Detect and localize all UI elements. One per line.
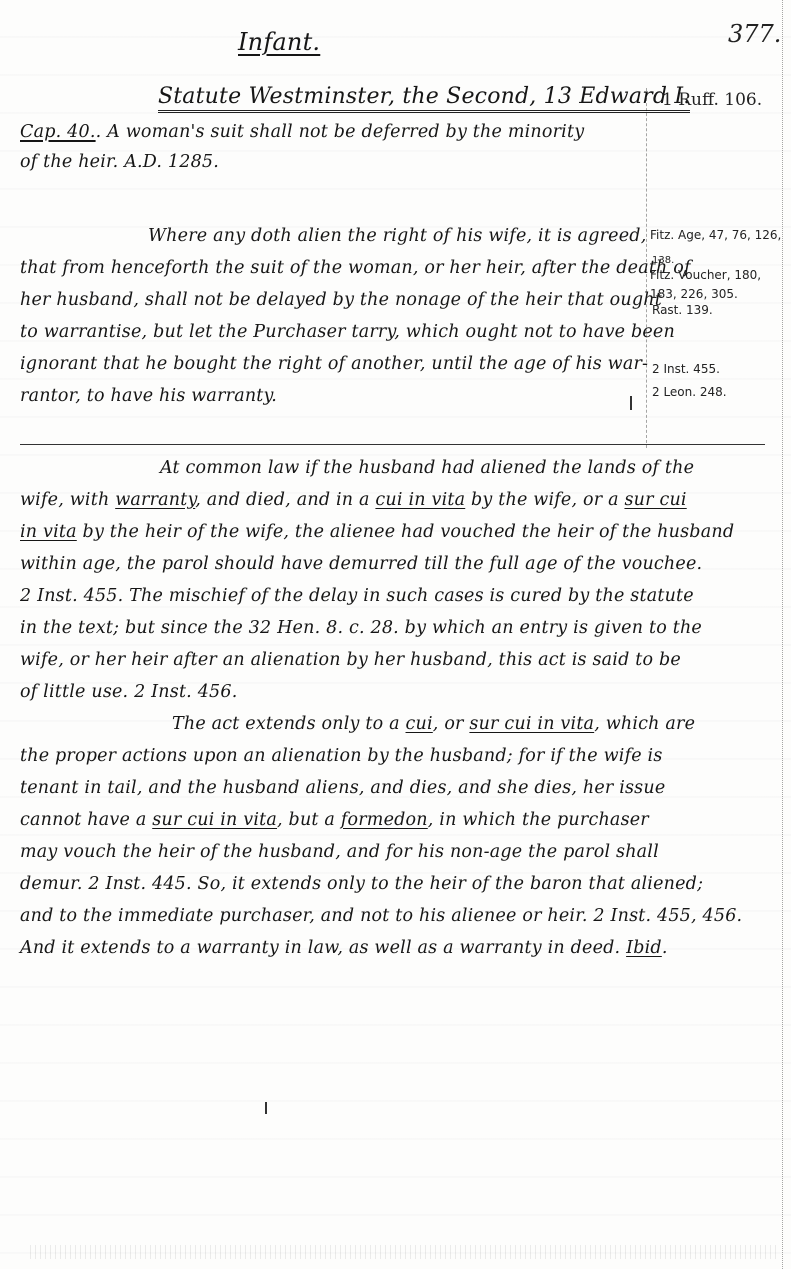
text-run: cannot have a (20, 810, 152, 830)
manuscript-page: Infant. 377. Statute Westminster, the Se… (0, 0, 791, 1269)
text-run: , in which the purchaser (428, 810, 649, 830)
scan-noise (30, 1245, 780, 1259)
commentary-line: within age, the parol should have demurr… (20, 554, 702, 574)
commentary-line: 2 Inst. 455. The mischief of the delay i… (20, 586, 694, 606)
summary-text: . A woman's suit shall not be deferred b… (96, 122, 585, 142)
page-number: 377. (728, 20, 781, 48)
statute-text-line: Where any doth alien the right of his wi… (148, 226, 646, 246)
margin-ref-ruff: 1 Ruff. 106. (662, 90, 762, 110)
text-run: , but a (277, 810, 341, 830)
underlined-term: formedon (341, 810, 428, 830)
commentary-line: At common law if the husband had aliened… (160, 458, 694, 478)
statute-text-line: ignorant that he bought the right of ano… (20, 354, 648, 374)
commentary-line: in vita by the heir of the wife, the ali… (20, 522, 734, 542)
commentary-line: cannot have a sur cui in vita, but a for… (20, 810, 649, 830)
text-run: . (662, 938, 668, 958)
underlined-term: Ibid (626, 938, 662, 958)
margin-citation: Fitz. Age, 47, 76, 126, (650, 228, 781, 242)
text-run: And it extends to a warranty in law, as … (20, 938, 626, 958)
commentary-line: of little use. 2 Inst. 456. (20, 682, 237, 702)
statute-text-line: rantor, to have his warranty. (20, 386, 277, 406)
text-run: wife, with (20, 490, 115, 510)
page-edge-rule (782, 0, 784, 1269)
underlined-term: sur cui in vita (152, 810, 277, 830)
statute-text-line: her husband, shall not be delayed by the… (20, 290, 662, 310)
section-divider (20, 444, 765, 445)
margin-citation: Rast. 139. (652, 303, 713, 317)
commentary-line: wife, with warranty, and died, and in a … (20, 490, 687, 510)
text-run: , which are (594, 714, 695, 734)
margin-citation: 138. (652, 255, 674, 266)
commentary-line: the proper actions upon an alienation by… (20, 746, 663, 766)
text-run: The act extends only to a (172, 714, 406, 734)
commentary-line: demur. 2 Inst. 445. So, it extends only … (20, 874, 703, 894)
statute-summary-line-1: Cap. 40.. A woman's suit shall not be de… (20, 122, 584, 142)
text-run: , or (433, 714, 470, 734)
margin-citation: 2 Inst. 455. (652, 362, 720, 376)
statute-text-line: to warrantise, but let the Purchaser tar… (20, 322, 675, 342)
ink-mark (265, 1102, 267, 1114)
commentary-line: tenant in tail, and the husband aliens, … (20, 778, 665, 798)
text-run: , and died, and in a (195, 490, 375, 510)
margin-citation: Fitz. Voucher, 180, (650, 268, 761, 282)
underlined-term: sur cui in vita (469, 714, 594, 734)
underlined-term: warranty (115, 490, 195, 510)
text-run: by the wife, or a (465, 490, 624, 510)
underlined-term: in vita (20, 522, 77, 542)
underlined-term: sur cui (624, 490, 686, 510)
statute-text-line: that from henceforth the suit of the wom… (20, 258, 691, 278)
commentary-line: and to the immediate purchaser, and not … (20, 906, 742, 926)
commentary-line: wife, or her heir after an alienation by… (20, 650, 681, 670)
margin-citation: 2 Leon. 248. (652, 385, 727, 399)
text-run: by the heir of the wife, the alienee had… (77, 522, 734, 542)
statute-title: Statute Westminster, the Second, 13 Edwa… (158, 84, 690, 113)
underlined-term: cui (406, 714, 433, 734)
commentary-line: The act extends only to a cui, or sur cu… (172, 714, 695, 734)
commentary-line: may vouch the heir of the husband, and f… (20, 842, 659, 862)
statute-summary-line-2: of the heir. A.D. 1285. (20, 152, 219, 172)
commentary-line: in the text; but since the 32 Hen. 8. c.… (20, 618, 702, 638)
cap-label: Cap. 40. (20, 122, 96, 142)
margin-citation: 183, 226, 305. (650, 287, 738, 301)
underlined-term: cui in vita (375, 490, 465, 510)
commentary-line: And it extends to a warranty in law, as … (20, 938, 668, 958)
ink-mark (630, 396, 632, 410)
page-heading: Infant. (238, 28, 320, 56)
